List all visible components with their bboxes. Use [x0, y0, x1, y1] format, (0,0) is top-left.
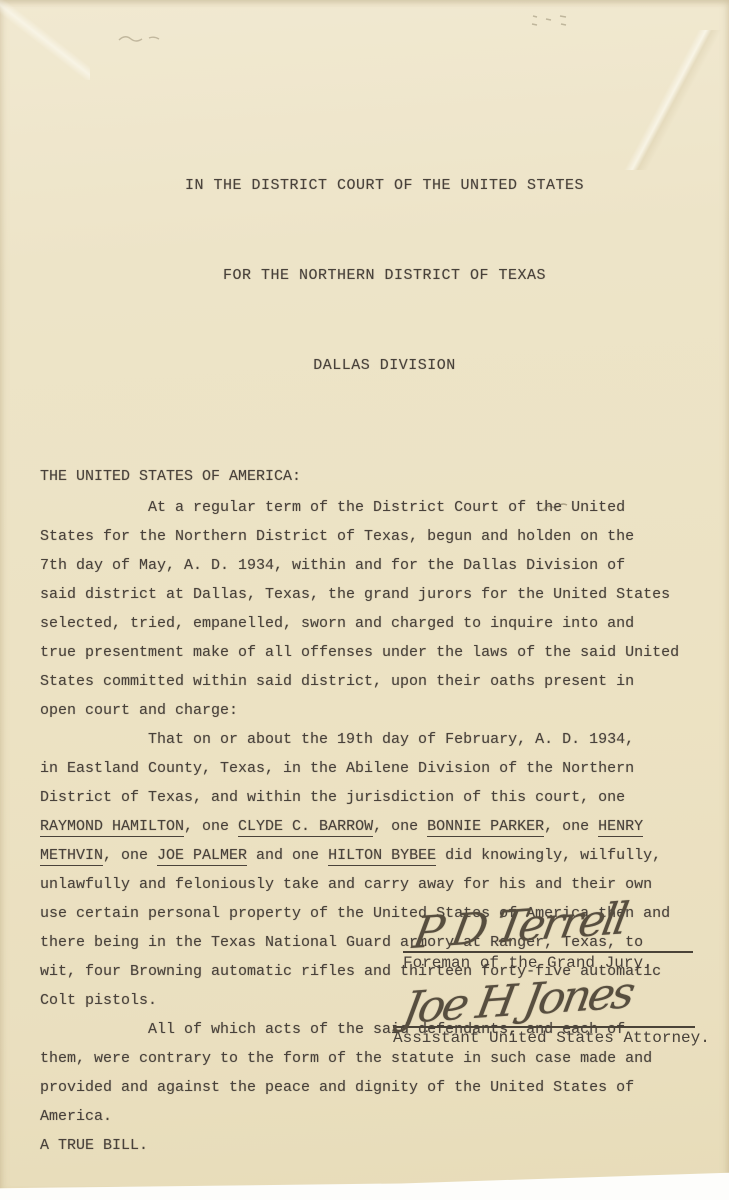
body-line: said district at Dallas, Texas, the gran… [40, 580, 693, 609]
case-caption: THE UNITED STATES OF AMERICA: [40, 462, 693, 491]
body-line: A TRUE BILL. [40, 1131, 693, 1160]
body-line: 7th day of May, A. D. 1934, within and f… [40, 551, 693, 580]
signature-block-attorney: Joe H Jones Assistant United States Atto… [393, 983, 695, 1047]
body-line: them, were contrary to the form of the s… [40, 1044, 693, 1073]
body-line: true presentment make of all offenses un… [40, 638, 693, 667]
body-line: METHVIN, one JOE PALMER and one HILTON B… [40, 841, 693, 870]
body-line: RAYMOND HAMILTON, one CLYDE C. BARROW, o… [40, 812, 693, 841]
signature-block-foreman: P D Terrell Foreman of the Grand Jury. [403, 908, 693, 972]
body-line: in Eastland County, Texas, in the Abilen… [40, 754, 693, 783]
body-line: At a regular term of the District Court … [40, 493, 693, 522]
body-line: America. [40, 1102, 693, 1131]
body-line: States committed within said district, u… [40, 667, 693, 696]
court-header-line3: DALLAS DIVISION [70, 351, 699, 381]
body-line: open court and charge: [40, 696, 693, 725]
body-line: That on or about the 19th day of Februar… [40, 725, 693, 754]
court-header-line2: FOR THE NORTHERN DISTRICT OF TEXAS [70, 261, 699, 291]
document-body: At a regular term of the District Court … [40, 493, 693, 1160]
court-header-line1: IN THE DISTRICT COURT OF THE UNITED STAT… [70, 171, 699, 201]
body-line: provided and against the peace and digni… [40, 1073, 693, 1102]
body-line: District of Texas, and within the jurisd… [40, 783, 693, 812]
body-line: selected, tried, empanelled, sworn and c… [40, 609, 693, 638]
body-line: States for the Northern District of Texa… [40, 522, 693, 551]
body-line: unlawfully and feloniously take and carr… [40, 870, 693, 899]
court-header: IN THE DISTRICT COURT OF THE UNITED STAT… [70, 111, 699, 441]
